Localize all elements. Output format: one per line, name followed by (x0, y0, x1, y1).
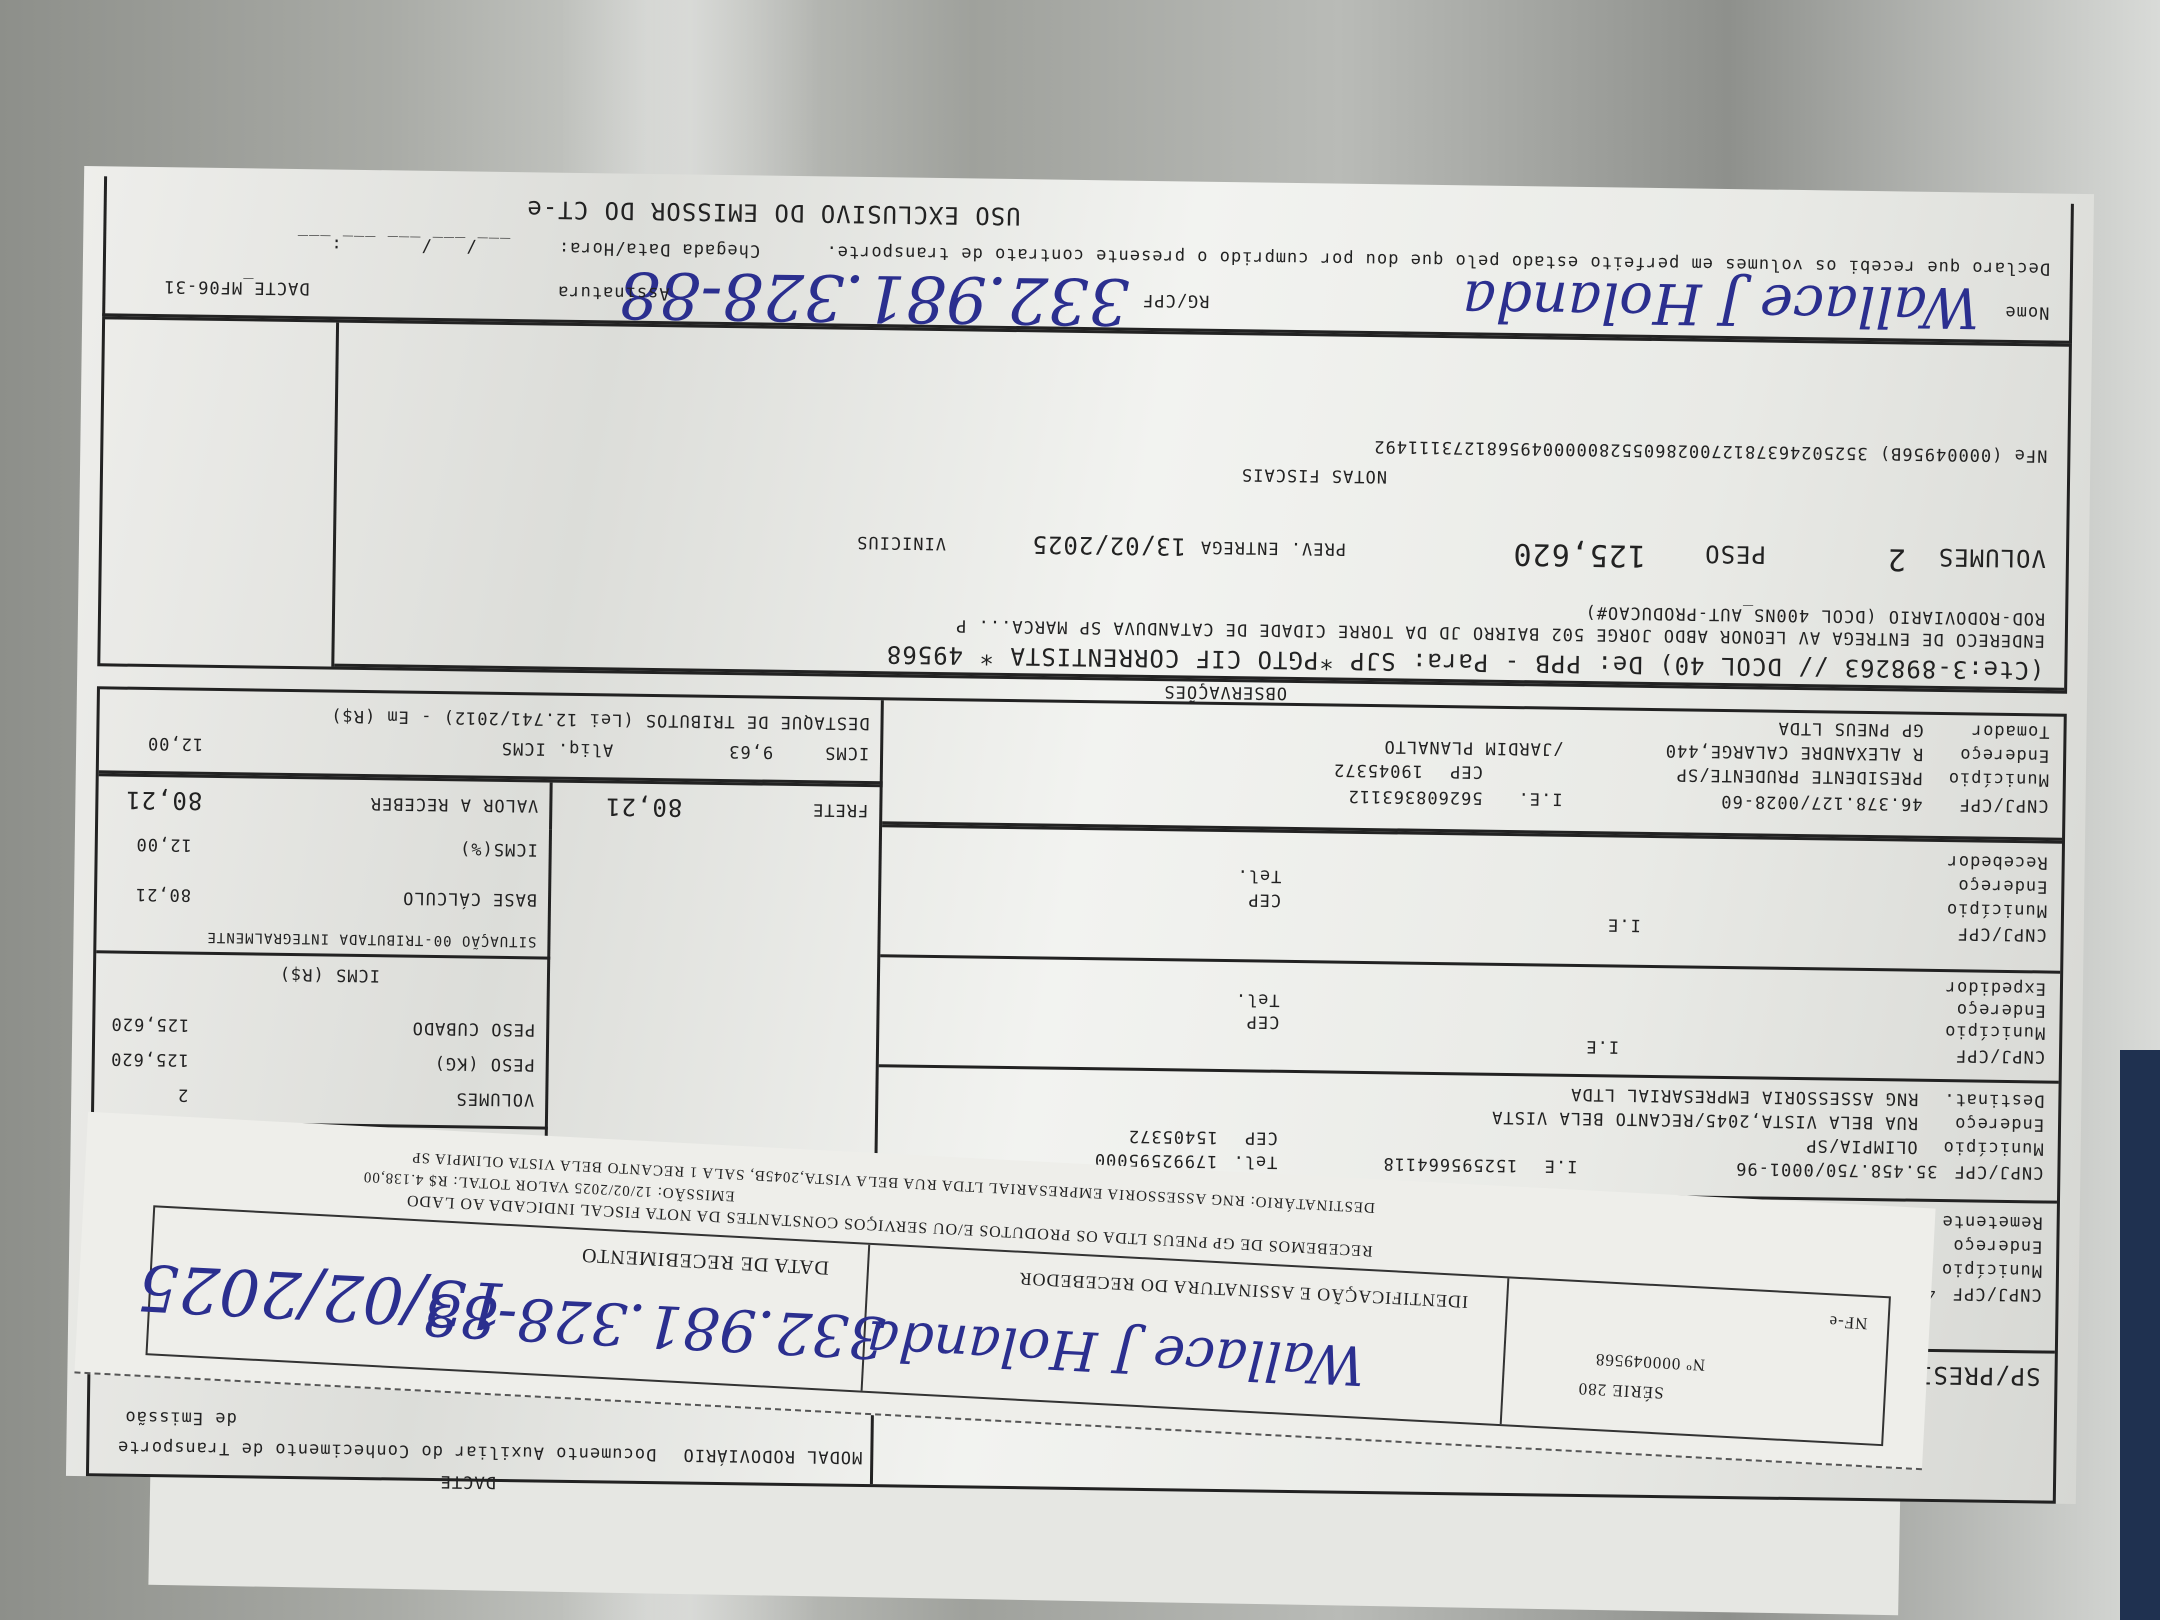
prev-entrega-value: 13/02/2025 (1031, 530, 1186, 560)
tributos-aliq-value: 12,00 (147, 733, 203, 754)
recebedor-tel-label: Tel. (1236, 865, 1281, 886)
tributos-icms-label: ICMS (824, 742, 869, 763)
destinatario-tel-label: Tel. (1232, 1151, 1277, 1172)
signature-label: Assinatura (557, 282, 670, 304)
remetente-label: Remetente (1941, 1211, 2042, 1232)
destinatario-ie-label: I.E (1544, 1156, 1578, 1176)
destinatario-endereco: RUA BELA VISTA,2045/RECANTO BELA VISTA (1491, 1107, 1918, 1133)
name-label: Nome (2004, 302, 2049, 323)
expedidor-endereco-label: Endereço (1956, 999, 2046, 1020)
carga-volumes-label: VOLUMES (455, 1088, 534, 1109)
icms-base-value: 80,21 (135, 884, 191, 905)
peso-label: PESO (1704, 540, 1766, 569)
icms-base-label: BASE CÁLCULO (402, 888, 537, 910)
expedidor-tel-label: Tel. (1235, 989, 1280, 1010)
modal-rodoviario: MODAL RODOVIÁRIO (682, 1445, 862, 1468)
data-recebimento-value: 13/02/2025 (136, 1249, 508, 1342)
valor-receber-label: VALOR A RECEBER (370, 793, 539, 815)
tomador-ie: 562608363112 (1348, 786, 1483, 808)
notes-area: NOTAS FISCAIS NFe (00004956B) 3525024637… (97, 316, 2072, 693)
recebedor-municipio-label: Município (1946, 899, 2047, 920)
tomador-municipio-label: Município (1948, 768, 2049, 789)
recebedor-ie-label: I.E (1607, 914, 1641, 934)
tomador-cep: 19045372 (1333, 760, 1423, 781)
nfe-label: NF-e (1828, 1311, 1868, 1333)
icms-perc-label: ICMS(%) (459, 838, 538, 859)
recebedor-label: Recebedor (1946, 851, 2047, 872)
peso-value: 125,620 (1512, 536, 1646, 573)
volumes-label: VOLUMES (1938, 543, 2047, 573)
destinatario-cnpj-label: CNPJ/CPF (1953, 1161, 2043, 1182)
destinatario-cnpj: 35.458.750/0001-96 (1735, 1158, 1937, 1181)
receipt-declaration: USO EXCLUSIVO DO EMISSOR DO CT-e Declaro… (102, 176, 2074, 343)
ident-handwritten-name: Wallace J Holanda (865, 1308, 1366, 1397)
handwritten-name: Wallace J Holanda (1462, 267, 1980, 339)
desk-surface (2120, 1050, 2160, 1620)
expedidor-ie-label: I.E (1585, 1036, 1619, 1056)
notas-fiscais-title: NOTAS FISCAIS (1241, 464, 1387, 486)
driver-name: VINICIUS (856, 532, 946, 553)
ident-label: IDENTIFICAÇÃO E ASSINATURA DO RECEBEDOR (1018, 1268, 1469, 1313)
expedidor-cnpj-label: CNPJ/CPF (1955, 1045, 2045, 1066)
remetente-municipio-label: Município (1941, 1259, 2042, 1280)
tributos-block: DESTAQUE DE TRIBUTOS (Lei 12.741/2012) -… (99, 683, 884, 784)
destinatario-cep-label: CEP (1244, 1127, 1278, 1147)
peso-cubado-value: 125,620 (110, 1013, 189, 1034)
destinatario-municipio: OLIMPIA/SP (1805, 1135, 1918, 1157)
recebedor-endereco-label: Endereço (1957, 875, 2047, 896)
remetente-endereco-label: Endereço (1952, 1235, 2042, 1256)
dacte-footer-emissao: de Emissão (124, 1407, 237, 1429)
tomador-cep-label: CEP (1449, 761, 1483, 781)
destinatario-cep: 15405372 (1128, 1126, 1218, 1147)
tomador-block: Tomador GP PNEUS LTDA Endereço R ALEXAND… (882, 694, 2064, 840)
remetente-cnpj-label: CNPJ/CPF (1952, 1283, 2042, 1304)
expedidor-municipio-label: Município (1944, 1021, 2045, 1042)
frete-value: 80,21 (605, 792, 683, 821)
volumes-value: 2 (1887, 541, 1907, 576)
tomador-endereco-label: Endereço (1959, 744, 2049, 765)
rg-label: RG/CPF (1142, 290, 1210, 311)
frete-label: FRETE (812, 799, 868, 820)
tomador-name: GP PNEUS LTDA (1777, 718, 1923, 740)
dacte-footer-title: DACTE (440, 1471, 496, 1492)
tomador-endereco: R ALEXANDRE CALARGE,440 (1665, 740, 1924, 764)
destinatario-label: Destinat. (1943, 1089, 2044, 1110)
expedidor-block: Expedidor Endereço Município CNPJ/CPF I.… (879, 954, 2060, 1080)
tomador-ie-label: I.E. (1517, 788, 1562, 809)
prev-entrega-label: PREV. ENTREGA (1200, 537, 1346, 559)
tomador-cnpj-label: CNPJ/CPF (1958, 794, 2048, 815)
recebedor-cep-label: CEP (1247, 889, 1281, 909)
tributos-icms-value: 9,63 (728, 741, 773, 762)
tributos-title: DESTAQUE DE TRIBUTOS (Lei 12.741/2012) -… (330, 706, 870, 734)
tomador-municipio: PRESIDENTE PRUDENTE/SP (1676, 764, 1923, 787)
valor-receber-value: 80,21 (125, 786, 203, 815)
nfe-number: Nº 000049568 (1594, 1349, 1705, 1375)
destinatario-name: RNG ASSESSORIA EMPRESARIAL LTDA (1570, 1084, 1919, 1109)
tomador-bairro: /JARDIM PLANALTO (1383, 736, 1563, 759)
recebedor-cnpj-label: CNPJ/CPF (1957, 923, 2047, 944)
peso-kg-label: PESO (KG) (433, 1053, 534, 1074)
dacte-footer-subtitle: Documento Auxiliar do Conhecimento de Tr… (117, 1437, 657, 1465)
peso-cubado-label: PESO CUBADO (412, 1018, 536, 1040)
expedidor-label: Expedidor (1945, 977, 2046, 998)
tributos-aliq-label: Aliq. ICMS (501, 738, 614, 760)
carga-volumes-value: 2 (177, 1084, 189, 1104)
nfe-serie: SÉRIE 280 (1577, 1378, 1664, 1402)
destinatario-ie: 152595664118 (1382, 1153, 1517, 1175)
data-recebimento-label: DATA DE RECEBIMENTO (581, 1243, 830, 1279)
destinatario-municipio-label: Município (1942, 1137, 2043, 1158)
form-code: DACTE_MF06-31 (163, 276, 309, 298)
arrival-value: ___/___/___ ___:___ (297, 234, 511, 257)
tomador-cnpj: 46.378.127/0028-60 (1720, 791, 1922, 814)
expedidor-cep-label: CEP (1246, 1011, 1280, 1031)
recebedor-block: Recebedor Endereço Município CNPJ/CPF I.… (880, 824, 2062, 970)
peso-kg-value: 125,620 (110, 1048, 189, 1069)
receipt-declaration-title: USO EXCLUSIVO DO EMISSOR DO CT-e (526, 195, 1021, 230)
tomador-label: Tomador (1971, 720, 2050, 741)
destinatario-endereco-label: Endereço (1954, 1113, 2044, 1134)
icms-perc-value: 12,00 (135, 834, 191, 855)
icms-box-title: ICMS (R$) (279, 964, 380, 985)
